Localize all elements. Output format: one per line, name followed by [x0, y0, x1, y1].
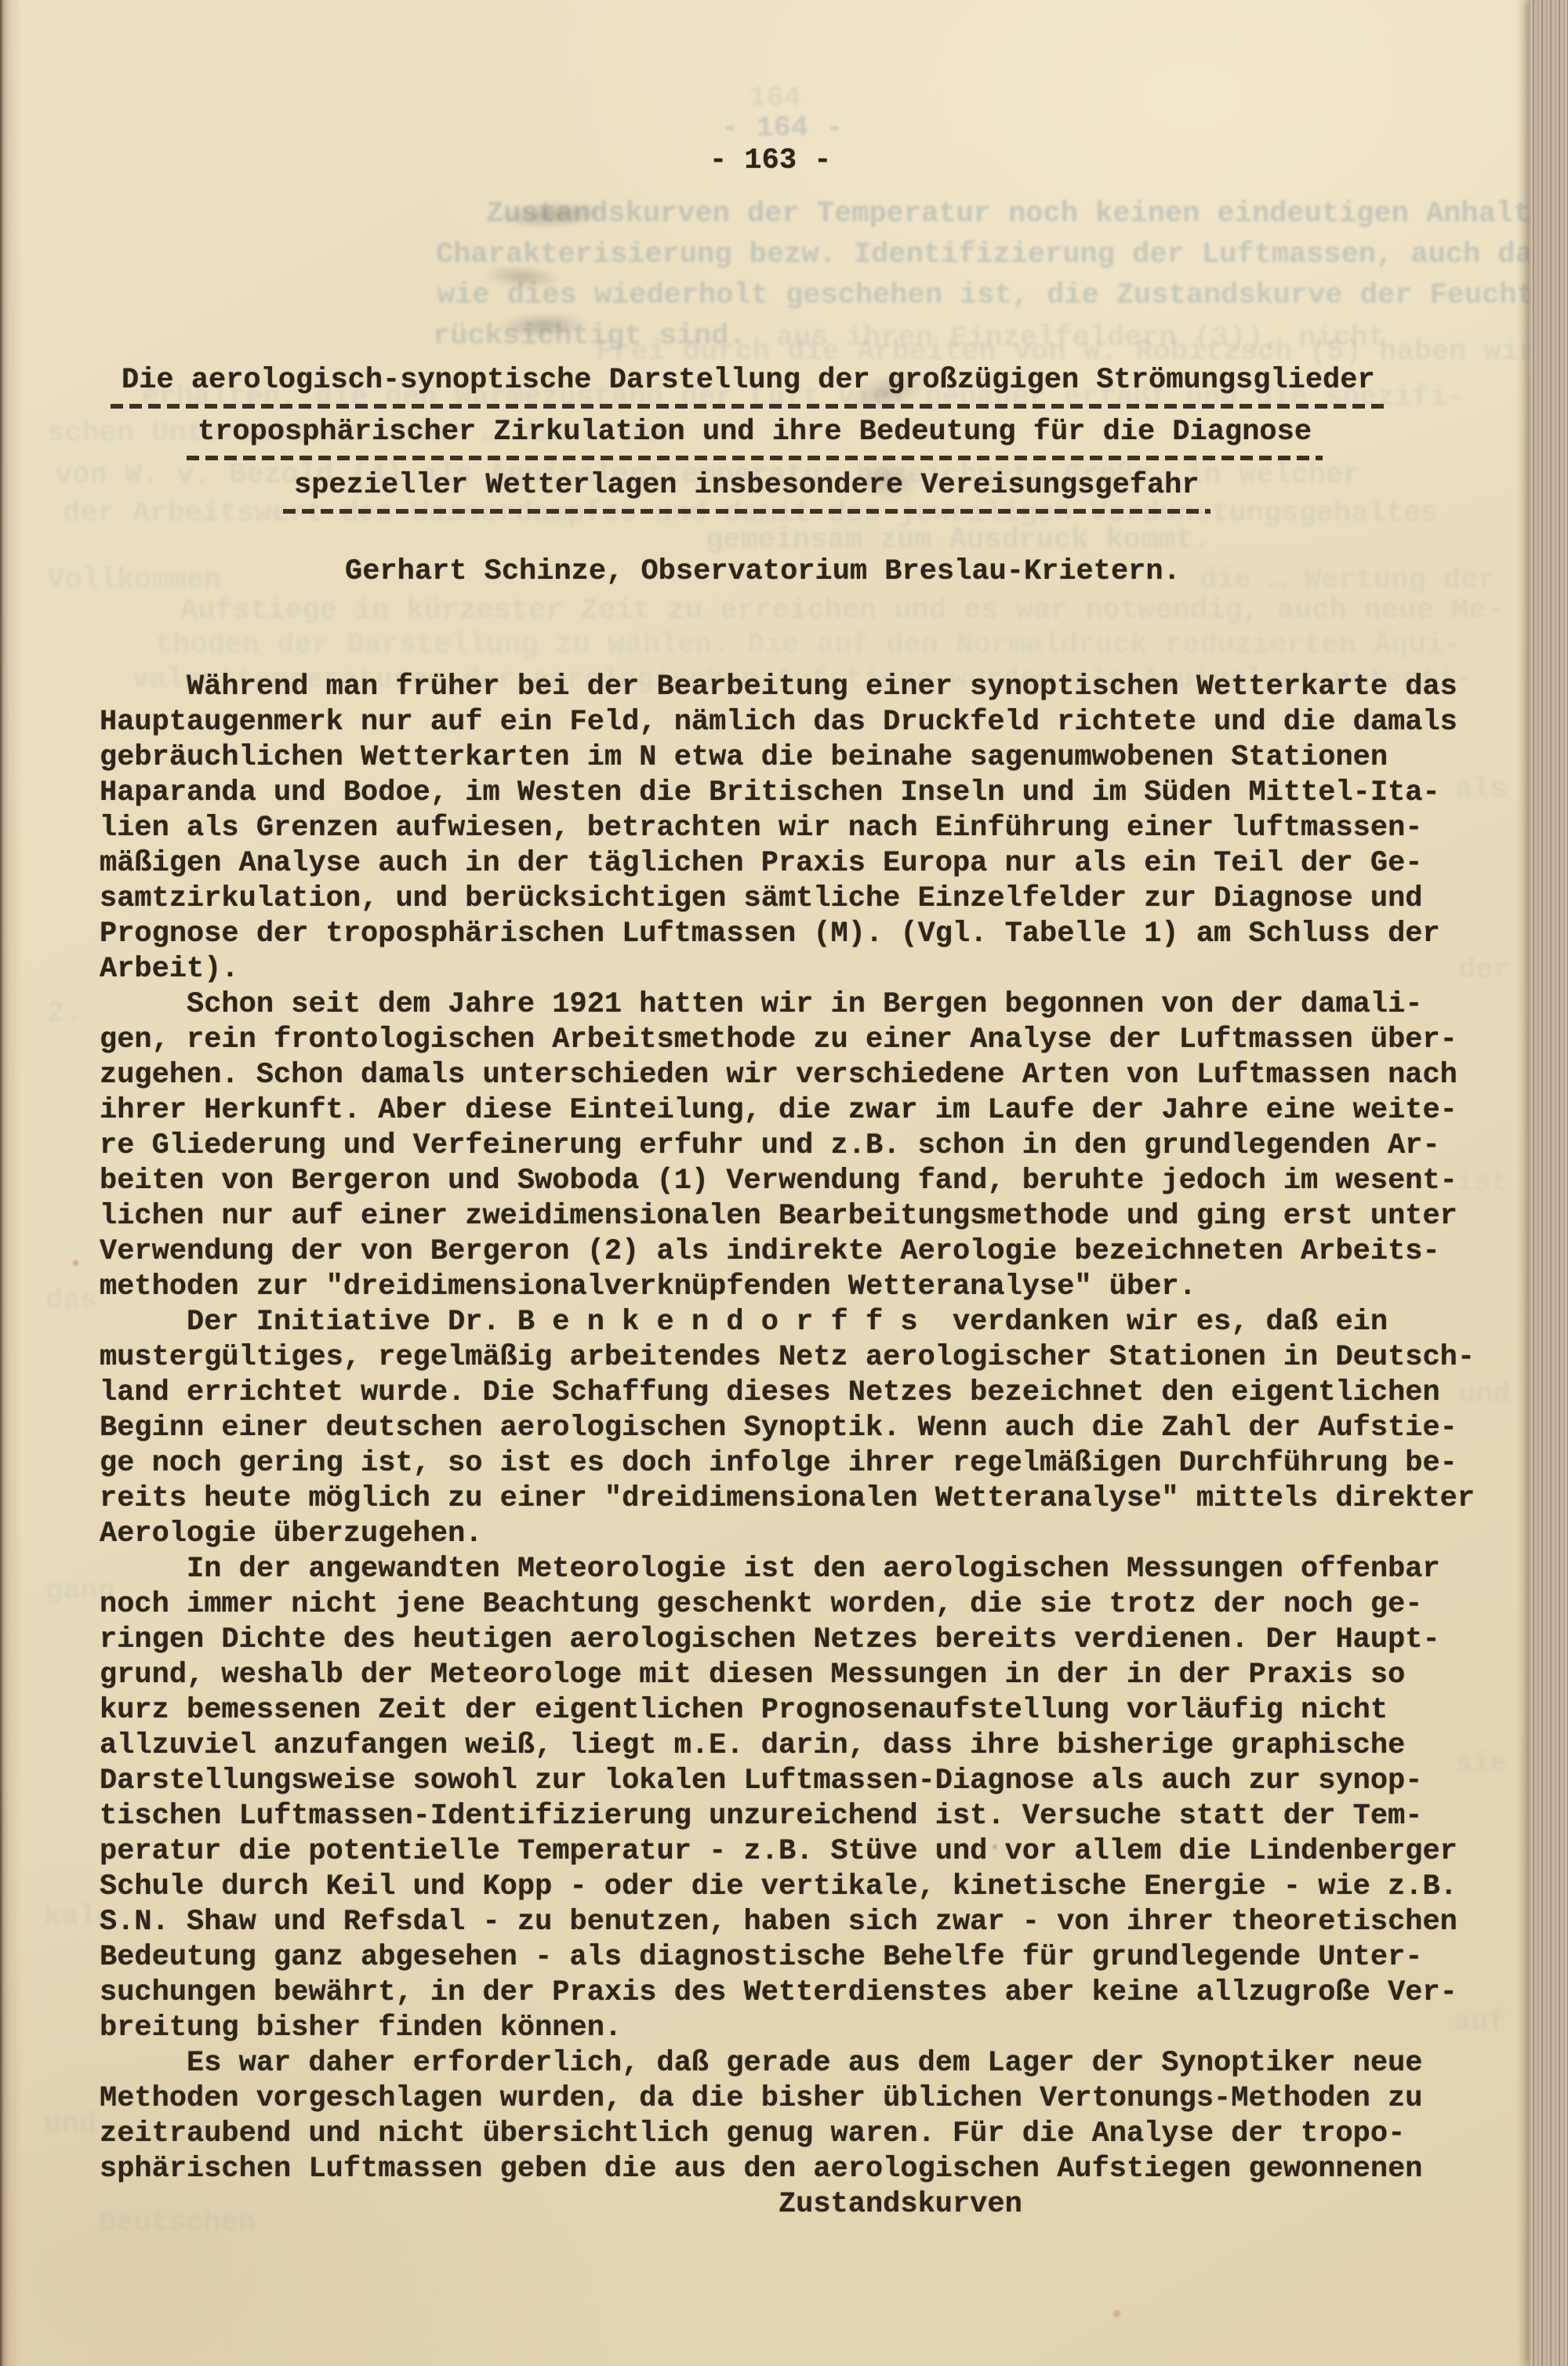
title-line-2: troposphärischer Zirkulation und ihre Be…	[187, 416, 1323, 460]
bleedthrough-fragment: - 164 -	[721, 112, 843, 145]
bleedthrough-fragment: und	[44, 2108, 96, 2141]
bleedthrough-fragment: 164	[749, 82, 801, 115]
paper-speck	[1113, 2310, 1120, 2317]
page-left-edge-shadow	[0, 0, 22, 2366]
paper-speck	[73, 1260, 78, 1266]
title-line-3: spezieller Wetterlagen insbesondere Vere…	[283, 469, 1210, 514]
bleedthrough-fragment: Vollkommen	[47, 564, 221, 597]
bleedthrough-fragment: 2.	[47, 998, 82, 1030]
bleedthrough-fragment: die … Wertung der	[1200, 564, 1495, 597]
ink-smudge	[479, 305, 606, 346]
bleedthrough-fragment: Aufstiege in kürzester Zeit zu erreichen…	[180, 594, 1503, 627]
bleedthrough-fragment: Charakterisierung bezw. Identifizierung …	[436, 238, 1529, 271]
book-fore-edge	[1529, 0, 1568, 2366]
bleedthrough-fragment: gemeinsam zum Ausdruck kommt.	[706, 524, 1210, 557]
bleedthrough-fragment: Zustandskurven der Temperatur noch keine…	[486, 198, 1529, 231]
body-text: Während man früher bei der Bearbeitung e…	[100, 670, 1475, 2222]
title-line-1: Die aerologisch-synoptische Darstellung …	[111, 364, 1386, 409]
page-number: - 163 -	[710, 144, 831, 177]
paper-speck	[993, 1844, 997, 1849]
bleedthrough-fragment: thoden der Darstellung zu wählen. Die au…	[155, 629, 1461, 662]
scanned-document-page: 164- 164 -Zustandskurven der Temperatur …	[0, 0, 1568, 2366]
author-line: Gerhart Schinze, Observatorium Breslau-K…	[345, 555, 1181, 588]
ink-smudge	[473, 192, 631, 238]
bleedthrough-fragment: das	[45, 1285, 98, 1317]
